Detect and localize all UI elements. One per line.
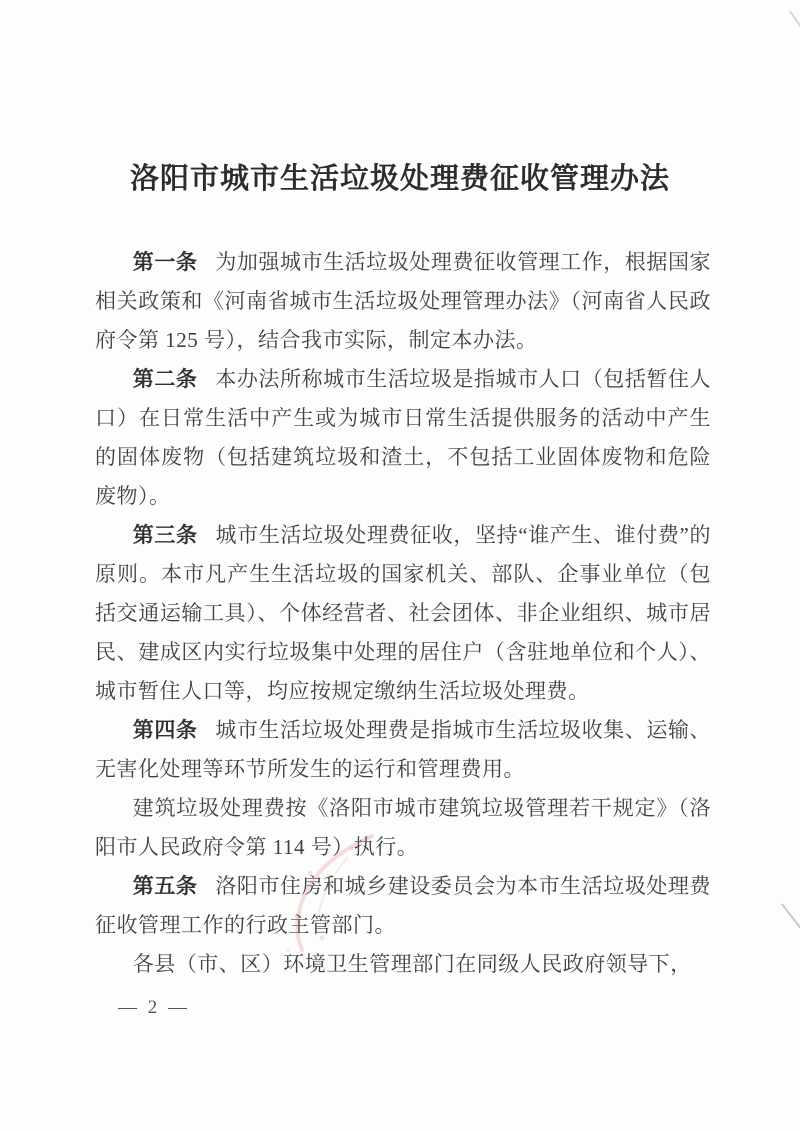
paragraph: 第四条城市生活垃圾处理费是指城市生活垃圾收集、运输、无害化处理等环节所发生的运行…: [95, 711, 711, 789]
paragraph-text: 建筑垃圾处理费按《洛阳市城市建筑垃圾管理若干规定》（洛阳市人民政府令第 114 …: [95, 796, 711, 859]
article-number: 第二条: [133, 367, 198, 391]
page-number: — 2 —: [118, 997, 190, 1019]
paragraph: 第一条为加强城市生活垃圾处理费征收管理工作，根据国家相关政策和《河南省城市生活垃…: [95, 243, 711, 360]
document-page: 洛阳市城市生活垃圾处理费征收管理办法 第一条为加强城市生活垃圾处理费征收管理工作…: [0, 0, 800, 1131]
paragraph: 第五条洛阳市住房和城乡建设委员会为本市生活垃圾处理费征收管理工作的行政主管部门。: [95, 867, 711, 945]
paragraph: 第三条城市生活垃圾处理费征收，坚持“谁产生、谁付费”的原则。本市凡产生生活垃圾的…: [95, 516, 711, 711]
document-body: 第一条为加强城市生活垃圾处理费征收管理工作，根据国家相关政策和《河南省城市生活垃…: [95, 243, 711, 984]
article-number: 第三条: [133, 523, 198, 547]
document-title: 洛阳市城市生活垃圾处理费征收管理办法: [0, 156, 800, 197]
article-number: 第五条: [133, 874, 198, 898]
paragraph-text: 各县（市、区）环境卫生管理部门在同级人民政府领导下，: [133, 952, 692, 976]
paragraph: 各县（市、区）环境卫生管理部门在同级人民政府领导下，: [95, 945, 711, 984]
paragraph: 建筑垃圾处理费按《洛阳市城市建筑垃圾管理若干规定》（洛阳市人民政府令第 114 …: [95, 789, 711, 867]
article-number: 第四条: [133, 718, 198, 742]
paragraph-text: 城市生活垃圾处理费征收，坚持“谁产生、谁付费”的原则。本市凡产生生活垃圾的国家机…: [95, 523, 711, 703]
scan-artifact-line-top: [789, 10, 800, 31]
article-number: 第一条: [133, 250, 198, 274]
paragraph: 第二条本办法所称城市生活垃圾是指城市人口（包括暂住人口）在日常生活中产生或为城市…: [95, 360, 711, 516]
scan-artifact-line-right: [781, 903, 800, 931]
